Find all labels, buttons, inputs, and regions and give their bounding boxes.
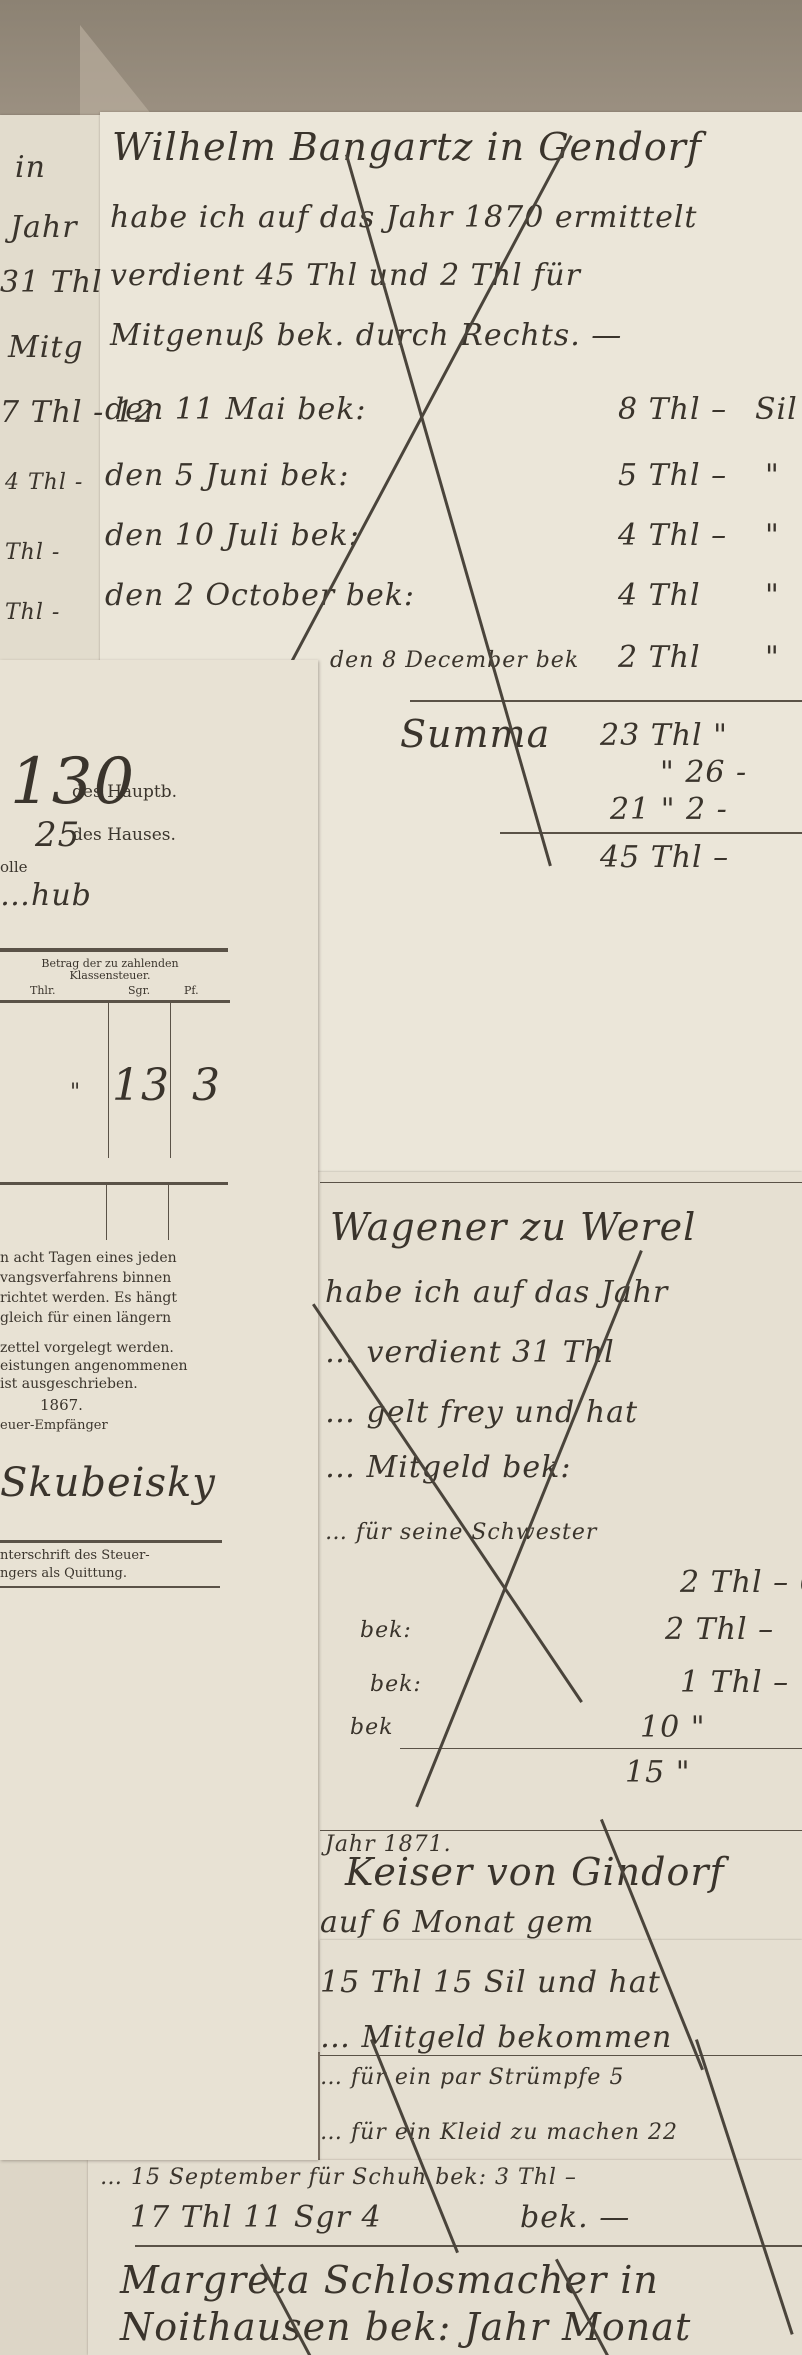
entry-line: … gelt frey und hat bbox=[325, 1395, 638, 1430]
hauses-label: des Hauses. bbox=[72, 825, 176, 845]
receipt-text-line: richtet werden. Es hängt bbox=[0, 1290, 177, 1306]
payment-extra: " bbox=[765, 640, 780, 675]
receipt-text-line: n acht Tagen eines jeden bbox=[0, 1250, 177, 1266]
value-thlr: " bbox=[70, 1080, 81, 1105]
payment-label: bek bbox=[350, 1715, 393, 1740]
strip-line: Jahr bbox=[10, 210, 78, 245]
payment-amount: 2 Thl bbox=[618, 640, 701, 675]
payment-label: den 11 Mai bek: bbox=[105, 392, 367, 427]
entry-header: Wagener zu Werel bbox=[330, 1205, 696, 1249]
total-rule bbox=[500, 832, 802, 834]
item-line: … für ein par Strümpfe 5 bbox=[320, 2065, 624, 2090]
payment-amount: 2 Thl – bbox=[665, 1612, 774, 1647]
payment-label: bek: bbox=[360, 1618, 412, 1643]
entry-header: Margreta Schlosmacher in bbox=[120, 2258, 659, 2302]
receipt-text-line: zettel vorgelegt werden. bbox=[0, 1340, 174, 1356]
payment-label: den 10 Juli bek: bbox=[105, 518, 360, 553]
entry-line: Mitgenuß bek. durch Rechts. — bbox=[110, 318, 622, 353]
entry-line: verdient 45 Thl und 2 Thl für bbox=[110, 258, 581, 293]
payment-label: den 5 Juni bek: bbox=[105, 458, 349, 493]
header-rule bbox=[0, 1000, 230, 1003]
entry-divider bbox=[320, 1830, 802, 1831]
footer-line: nterschrift des Steuer- bbox=[0, 1548, 150, 1563]
payment-amount: 2 Thl – 6 bbox=[680, 1565, 802, 1600]
strip-line: Thl - bbox=[5, 540, 60, 565]
payment-label: bek: bbox=[370, 1672, 422, 1697]
receipt-text-line: gleich für einen längern bbox=[0, 1310, 171, 1326]
value-sgr: 13 bbox=[112, 1060, 170, 1111]
entry-line: … Mitgeld bekommen bbox=[320, 2020, 672, 2055]
signature-rule bbox=[0, 1540, 222, 1543]
strip-line: 31 Thl bbox=[0, 265, 103, 300]
footer-line: ngers als Quittung. bbox=[0, 1566, 127, 1581]
entry-total-suffix: bek. — bbox=[520, 2200, 630, 2235]
column-divider bbox=[106, 1185, 107, 1240]
rolle-label: olle bbox=[0, 858, 28, 876]
value-pf: 3 bbox=[192, 1060, 221, 1111]
entry-header: Keiser von Gindorf bbox=[345, 1850, 725, 1894]
column-pf: Pf. bbox=[184, 984, 199, 997]
payment-amount: 1 Thl – bbox=[680, 1665, 789, 1700]
tax-receipt: 130 des Hauptb. 25 des Hauses. olle …hub… bbox=[0, 660, 318, 2160]
entry-total: 45 Thl – bbox=[600, 840, 729, 875]
column-divider bbox=[168, 1185, 169, 1240]
entry-header: Wilhelm Bangartz in Gendorf bbox=[112, 125, 702, 169]
receipt-text-line: eistungen angenommenen bbox=[0, 1358, 188, 1374]
table-top-rule bbox=[0, 948, 228, 952]
sub-line: 21 " 2 - bbox=[610, 792, 728, 827]
receipt-text-line: vangsverfahrens binnen bbox=[0, 1270, 171, 1286]
entry-line: 15 Thl 15 Sil und hat bbox=[320, 1965, 661, 2000]
table-bottom-rule bbox=[0, 1182, 228, 1185]
payment-extra: " bbox=[765, 518, 780, 553]
column-divider bbox=[170, 1000, 171, 1158]
payment-amount: 4 Thl bbox=[618, 578, 701, 613]
item-line: … 15 September für Schuh bek: 3 Thl – bbox=[100, 2165, 577, 2190]
collector-label: euer-Empfänger bbox=[0, 1418, 108, 1433]
strip-line: Mitg bbox=[8, 330, 84, 365]
strip-line: 4 Thl - bbox=[5, 470, 83, 495]
summa-rule bbox=[410, 700, 802, 702]
payment-extra: " bbox=[765, 578, 780, 613]
payment-extra: " bbox=[765, 458, 780, 493]
lower-left-page bbox=[0, 2160, 90, 2355]
receipt-year: 1867. bbox=[40, 1396, 83, 1414]
entry-line: habe ich auf das Jahr 1870 ermittelt bbox=[110, 200, 697, 235]
strip-line: Thl - bbox=[5, 600, 60, 625]
summa-label: Summa bbox=[400, 712, 550, 756]
total-rule bbox=[135, 2245, 802, 2247]
payment-extra: Sil bbox=[755, 392, 798, 427]
entry-line: auf 6 Monat gem bbox=[320, 1905, 594, 1940]
sub-line: " 26 - bbox=[660, 755, 747, 790]
handwritten-name: …hub bbox=[0, 878, 92, 913]
column-divider bbox=[108, 1000, 109, 1158]
payment-amount: 10 " bbox=[640, 1710, 706, 1745]
payment-label: den 8 December bek bbox=[330, 648, 579, 673]
payment-amount: 4 Thl – bbox=[618, 518, 727, 553]
payment-amount: 15 " bbox=[625, 1755, 691, 1790]
summa-amount: 23 Thl " bbox=[600, 718, 728, 753]
entry-line: … Mitgeld bek: bbox=[325, 1450, 571, 1485]
entry-line: … verdient 31 Thl bbox=[325, 1335, 615, 1370]
entry-line: Noithausen bek: Jahr Monat bbox=[120, 2305, 691, 2349]
collector-signature: Skubeisky bbox=[0, 1460, 216, 1506]
receipt-text-line: ist ausgeschrieben. bbox=[0, 1376, 138, 1392]
strip-line: in bbox=[15, 150, 46, 185]
payment-amount: 8 Thl – bbox=[618, 392, 727, 427]
entry-total: 17 Thl 11 Sgr 4 bbox=[130, 2200, 382, 2235]
table-header: Betrag der zu zahlenden Klassensteuer. bbox=[10, 958, 210, 982]
entry-divider bbox=[320, 2055, 802, 2056]
column-thlr: Thlr. bbox=[30, 984, 56, 997]
payment-amount: 5 Thl – bbox=[618, 458, 727, 493]
hauptbuch-label: des Hauptb. bbox=[72, 782, 177, 802]
column-sgr: Sgr. bbox=[128, 984, 150, 997]
footer-rule bbox=[0, 1586, 220, 1588]
item-line: … für ein Kleid zu machen 22 bbox=[320, 2120, 678, 2145]
entry-divider bbox=[320, 1182, 802, 1183]
payment-label: den 2 October bek: bbox=[105, 578, 415, 613]
subtotal-rule bbox=[400, 1748, 802, 1749]
